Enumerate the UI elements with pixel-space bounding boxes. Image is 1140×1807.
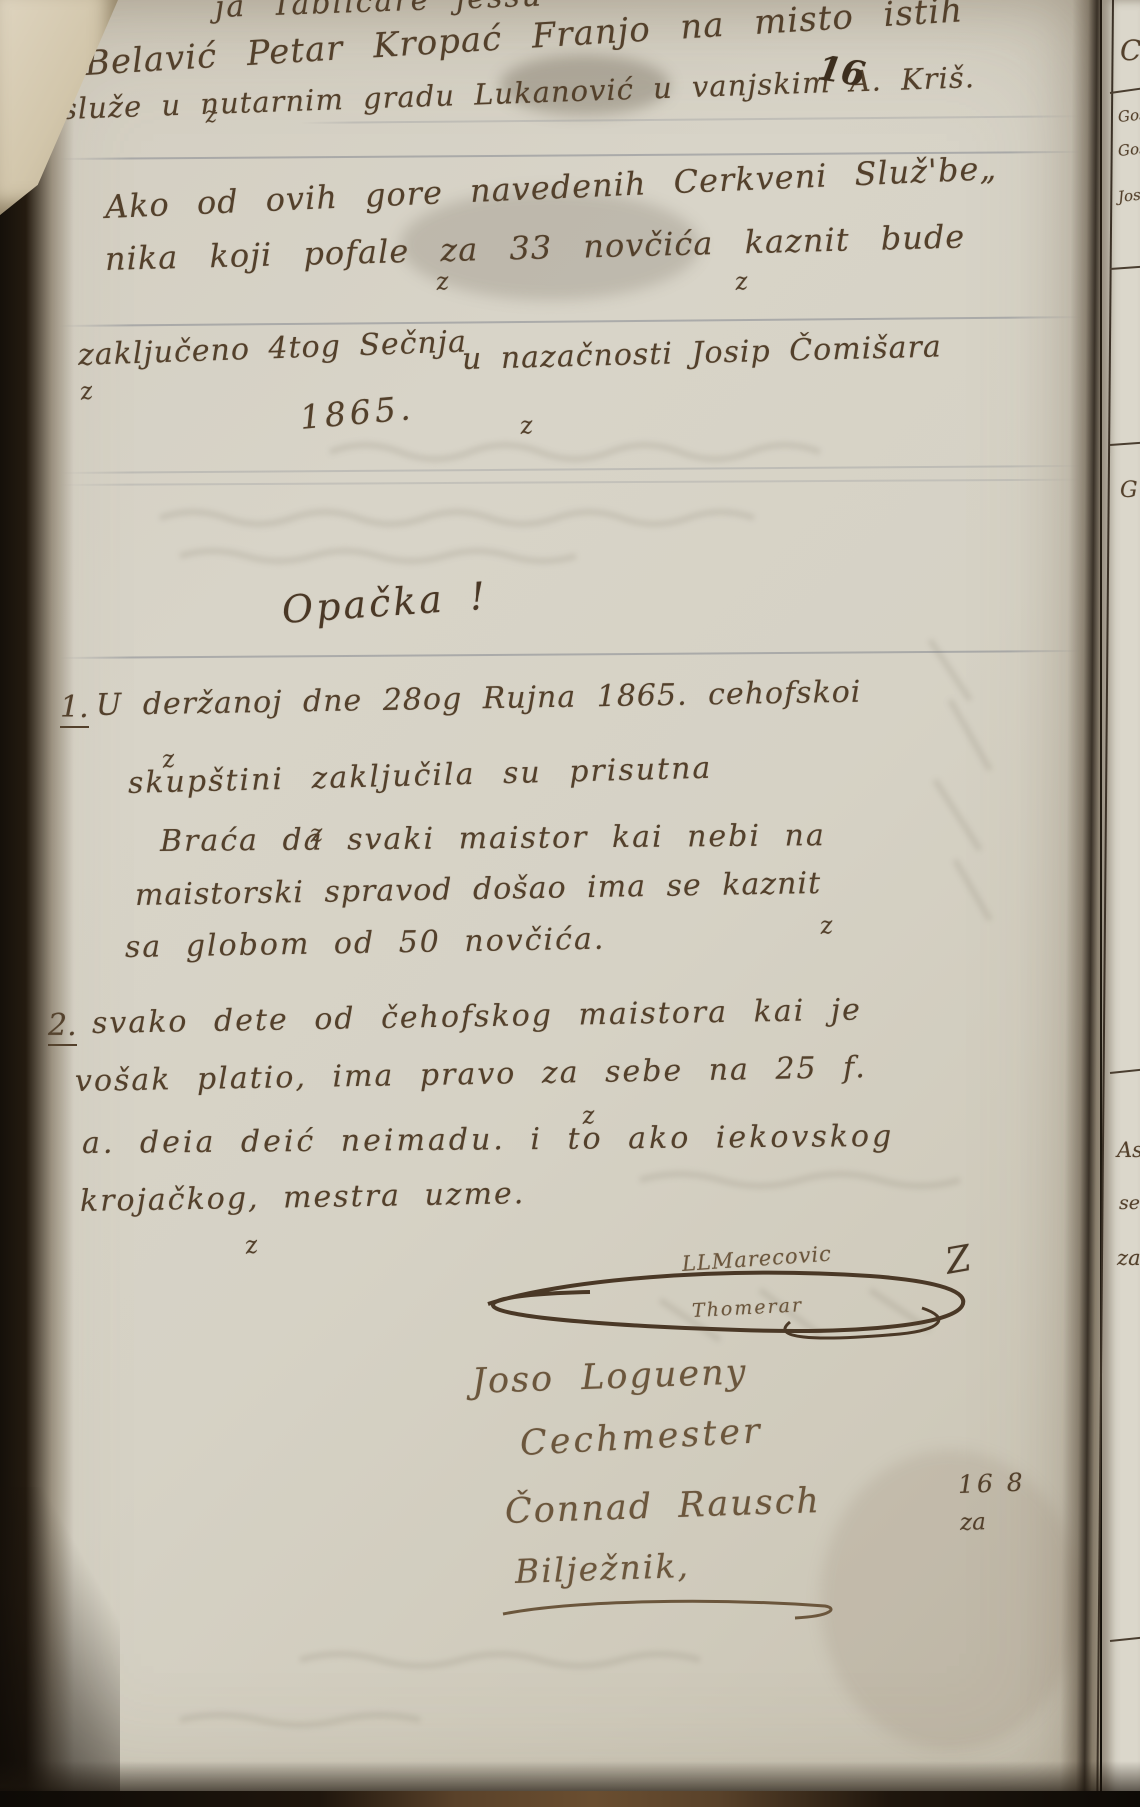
correction-mark: z xyxy=(519,411,535,440)
correction-mark: z xyxy=(734,267,750,296)
adjacent-page-strip: C Gosp Gosp Josp G As se za xyxy=(1102,0,1140,1807)
signature-title-2: Bilježnik, xyxy=(514,1546,690,1591)
correction-mark: z xyxy=(581,1101,597,1130)
item2-line-2: a. deia deić neimadu. i to ako iekovskog xyxy=(82,1119,895,1161)
adjacent-partial-text: Gosp xyxy=(1117,138,1140,160)
adjacent-partial-text: G xyxy=(1120,478,1138,503)
adjacent-page-rule xyxy=(1110,1069,1140,1074)
binding-corner-shadow xyxy=(0,1487,120,1807)
correction-mark: z xyxy=(435,267,451,296)
adjacent-partial-text: C xyxy=(1120,34,1140,67)
paper-stain xyxy=(820,1450,1080,1750)
margin-number: 16 8 xyxy=(957,1468,1026,1499)
adjacent-partial-text: Gosp xyxy=(1117,104,1140,126)
correction-mark: z xyxy=(819,911,835,940)
page-number: 16 xyxy=(815,48,868,95)
adjacent-page-rule xyxy=(1110,88,1140,94)
adjacent-partial-text: As xyxy=(1117,1138,1140,1162)
margin-number-2: za xyxy=(960,1509,987,1536)
adjacent-partial-text: za xyxy=(1117,1246,1140,1270)
adjacent-page-rule xyxy=(1110,442,1140,446)
correction-mark: z xyxy=(309,819,325,848)
adjacent-partial-text: Josp xyxy=(1117,185,1140,206)
adjacent-page-rule xyxy=(1110,266,1140,270)
manuscript-scan: ja Tablicare jessu Belavić Petar Kropać … xyxy=(0,0,1140,1807)
book-bottom-edge xyxy=(0,1791,1140,1807)
adjacent-partial-text: se xyxy=(1119,1192,1140,1214)
adjacent-page-rule xyxy=(1110,1637,1140,1642)
item1-line-2: Braća da svaki maistor kai nebi na xyxy=(160,818,826,859)
